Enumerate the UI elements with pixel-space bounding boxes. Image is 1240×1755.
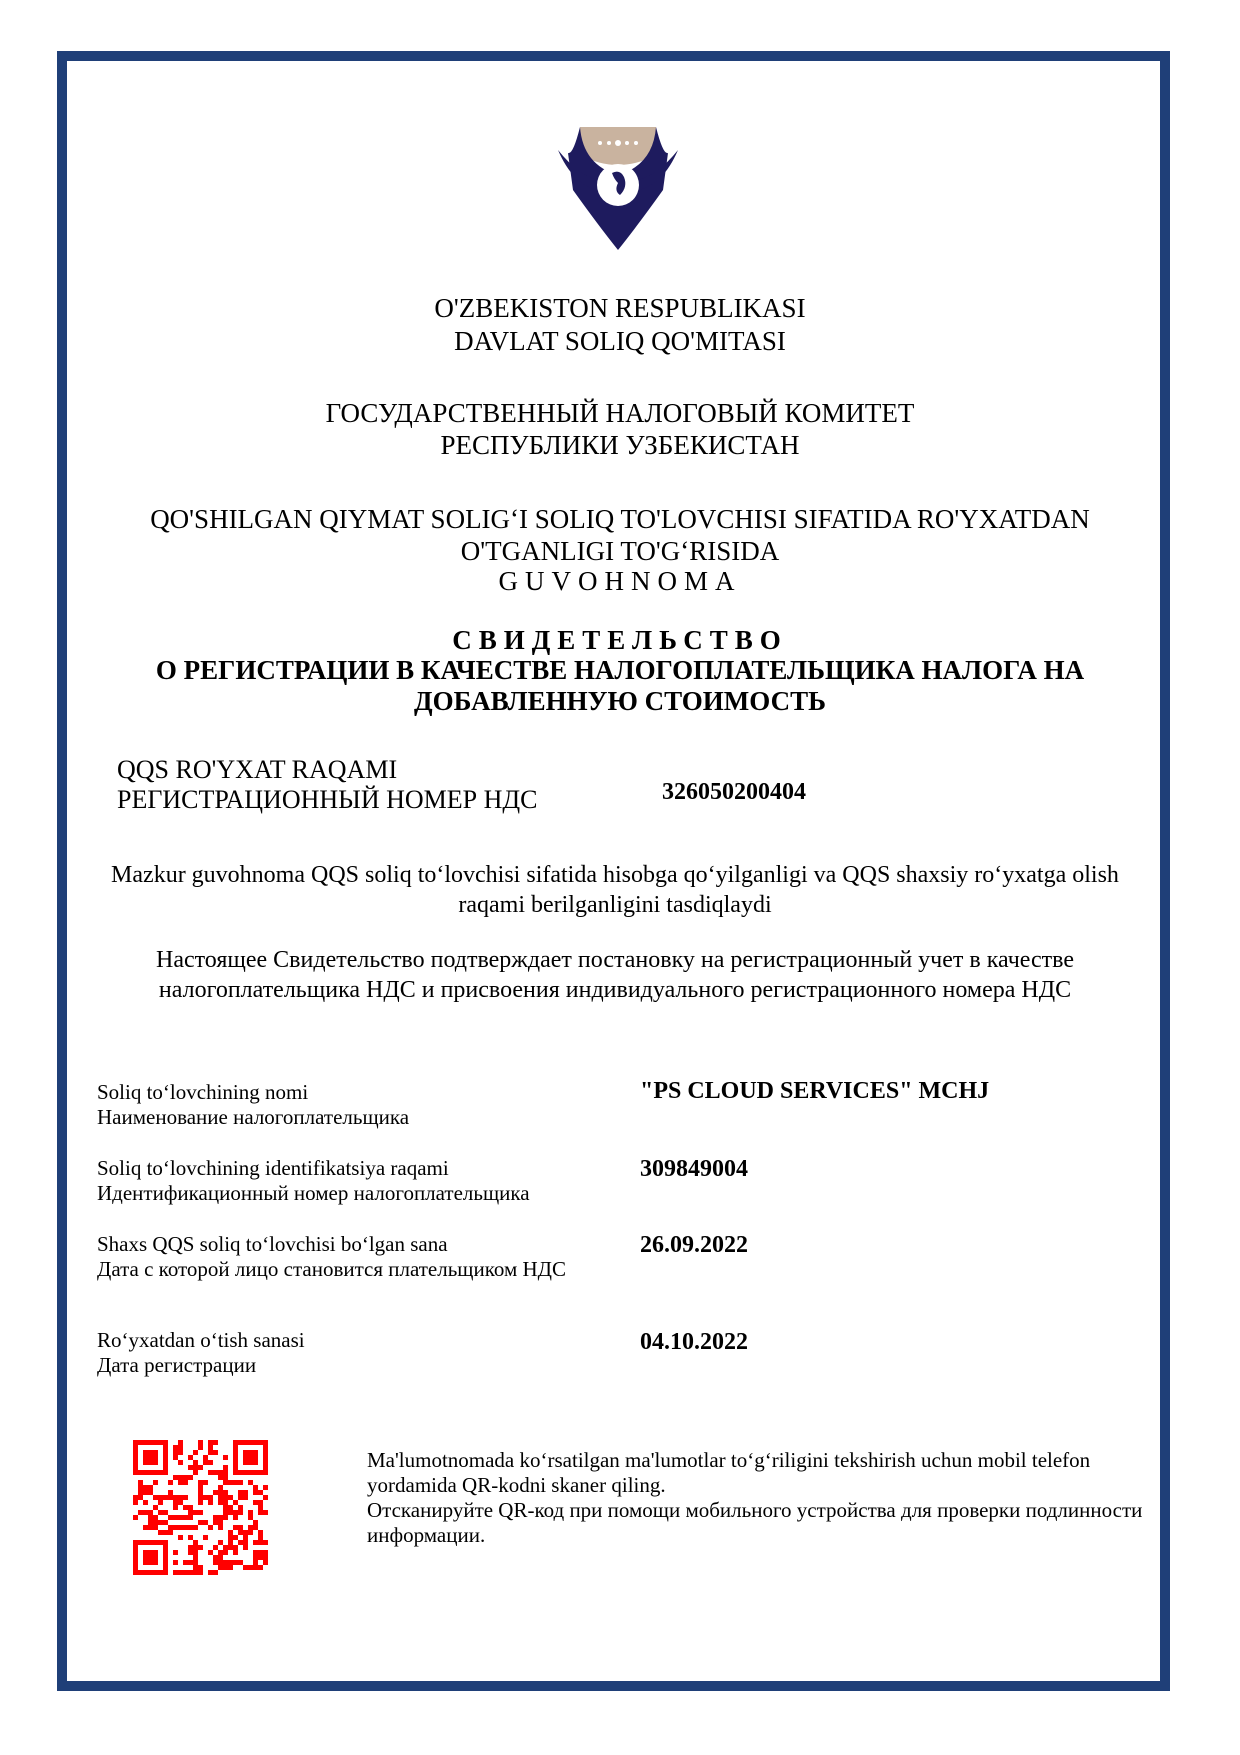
org-name-uz-line1: O'ZBEKISTON RESPUBLIKASI bbox=[60, 293, 1180, 324]
taxpayer-id: 309849004 bbox=[640, 1155, 748, 1183]
field-label-uz: Soliq to‘lovchining identifikatsiya raqa… bbox=[97, 1156, 449, 1181]
title-uz-line2: O'TGANLIGI TO'G‘RISIDA bbox=[60, 536, 1180, 567]
field-label-ru: Дата регистрации bbox=[97, 1353, 256, 1378]
field-label-uz: Soliq to‘lovchining nomi bbox=[97, 1080, 308, 1105]
registration-label-uz: QQS RO'YXAT RAQAMI bbox=[117, 755, 397, 785]
statement-ru: Настоящее Свидетельство подтверждает пос… bbox=[90, 945, 1140, 1005]
qr-code-icon[interactable] bbox=[133, 1440, 268, 1575]
registration-label-ru: РЕГИСТРАЦИОННЫЙ НОМЕР НДС bbox=[117, 785, 537, 815]
field-label-uz: Ro‘yxatdan o‘tish sanasi bbox=[97, 1328, 305, 1353]
org-name-ru-line1: ГОСУДАРСТВЕННЫЙ НАЛОГОВЫЙ КОМИТЕТ bbox=[60, 398, 1180, 429]
registration-number: 326050200404 bbox=[662, 777, 806, 807]
field-label-ru: Наименование налогоплательщика bbox=[97, 1105, 409, 1130]
title-uz-doc: GUVOHNOMA bbox=[60, 566, 1180, 597]
org-name-uz-line2: DAVLAT SOLIQ QO'MITASI bbox=[60, 326, 1180, 357]
title-ru-line2: ДОБАВЛЕННУЮ СТОИМОСТЬ bbox=[60, 686, 1180, 717]
title-ru-line1: О РЕГИСТРАЦИИ В КАЧЕСТВЕ НАЛОГОПЛАТЕЛЬЩИ… bbox=[60, 655, 1180, 686]
field-label-uz: Shaxs QQS soliq to‘lovchisi bo‘lgan sana bbox=[97, 1232, 448, 1257]
taxpayer-name: "PS CLOUD SERVICES" MCHJ bbox=[640, 1077, 989, 1105]
vat-start-date: 26.09.2022 bbox=[640, 1231, 748, 1259]
qr-instructions-uz: Ma'lumotnomada ko‘rsatilgan ma'lumotlar … bbox=[367, 1448, 1167, 1498]
statement-uz: Mazkur guvohnoma QQS soliq to‘lovchisi s… bbox=[90, 860, 1140, 920]
registration-date: 04.10.2022 bbox=[640, 1328, 748, 1356]
qr-instructions-ru: Отсканируйте QR-код при помощи мобильног… bbox=[367, 1498, 1167, 1548]
field-label-ru: Идентификационный номер налогоплательщик… bbox=[97, 1181, 530, 1206]
field-label-ru: Дата с которой лицо становится плательщи… bbox=[97, 1257, 617, 1282]
title-ru-doc: СВИДЕТЕЛЬСТВО bbox=[60, 625, 1180, 656]
qr-instructions: Ma'lumotnomada ko‘rsatilgan ma'lumotlar … bbox=[367, 1448, 1167, 1548]
eagle-emblem-icon bbox=[528, 115, 708, 250]
org-name-ru-line2: РЕСПУБЛИКИ УЗБЕКИСТАН bbox=[60, 430, 1180, 461]
title-uz-line1: QO'SHILGAN QIYMAT SOLIG‘I SOLIQ TO'LOVCH… bbox=[60, 504, 1180, 535]
